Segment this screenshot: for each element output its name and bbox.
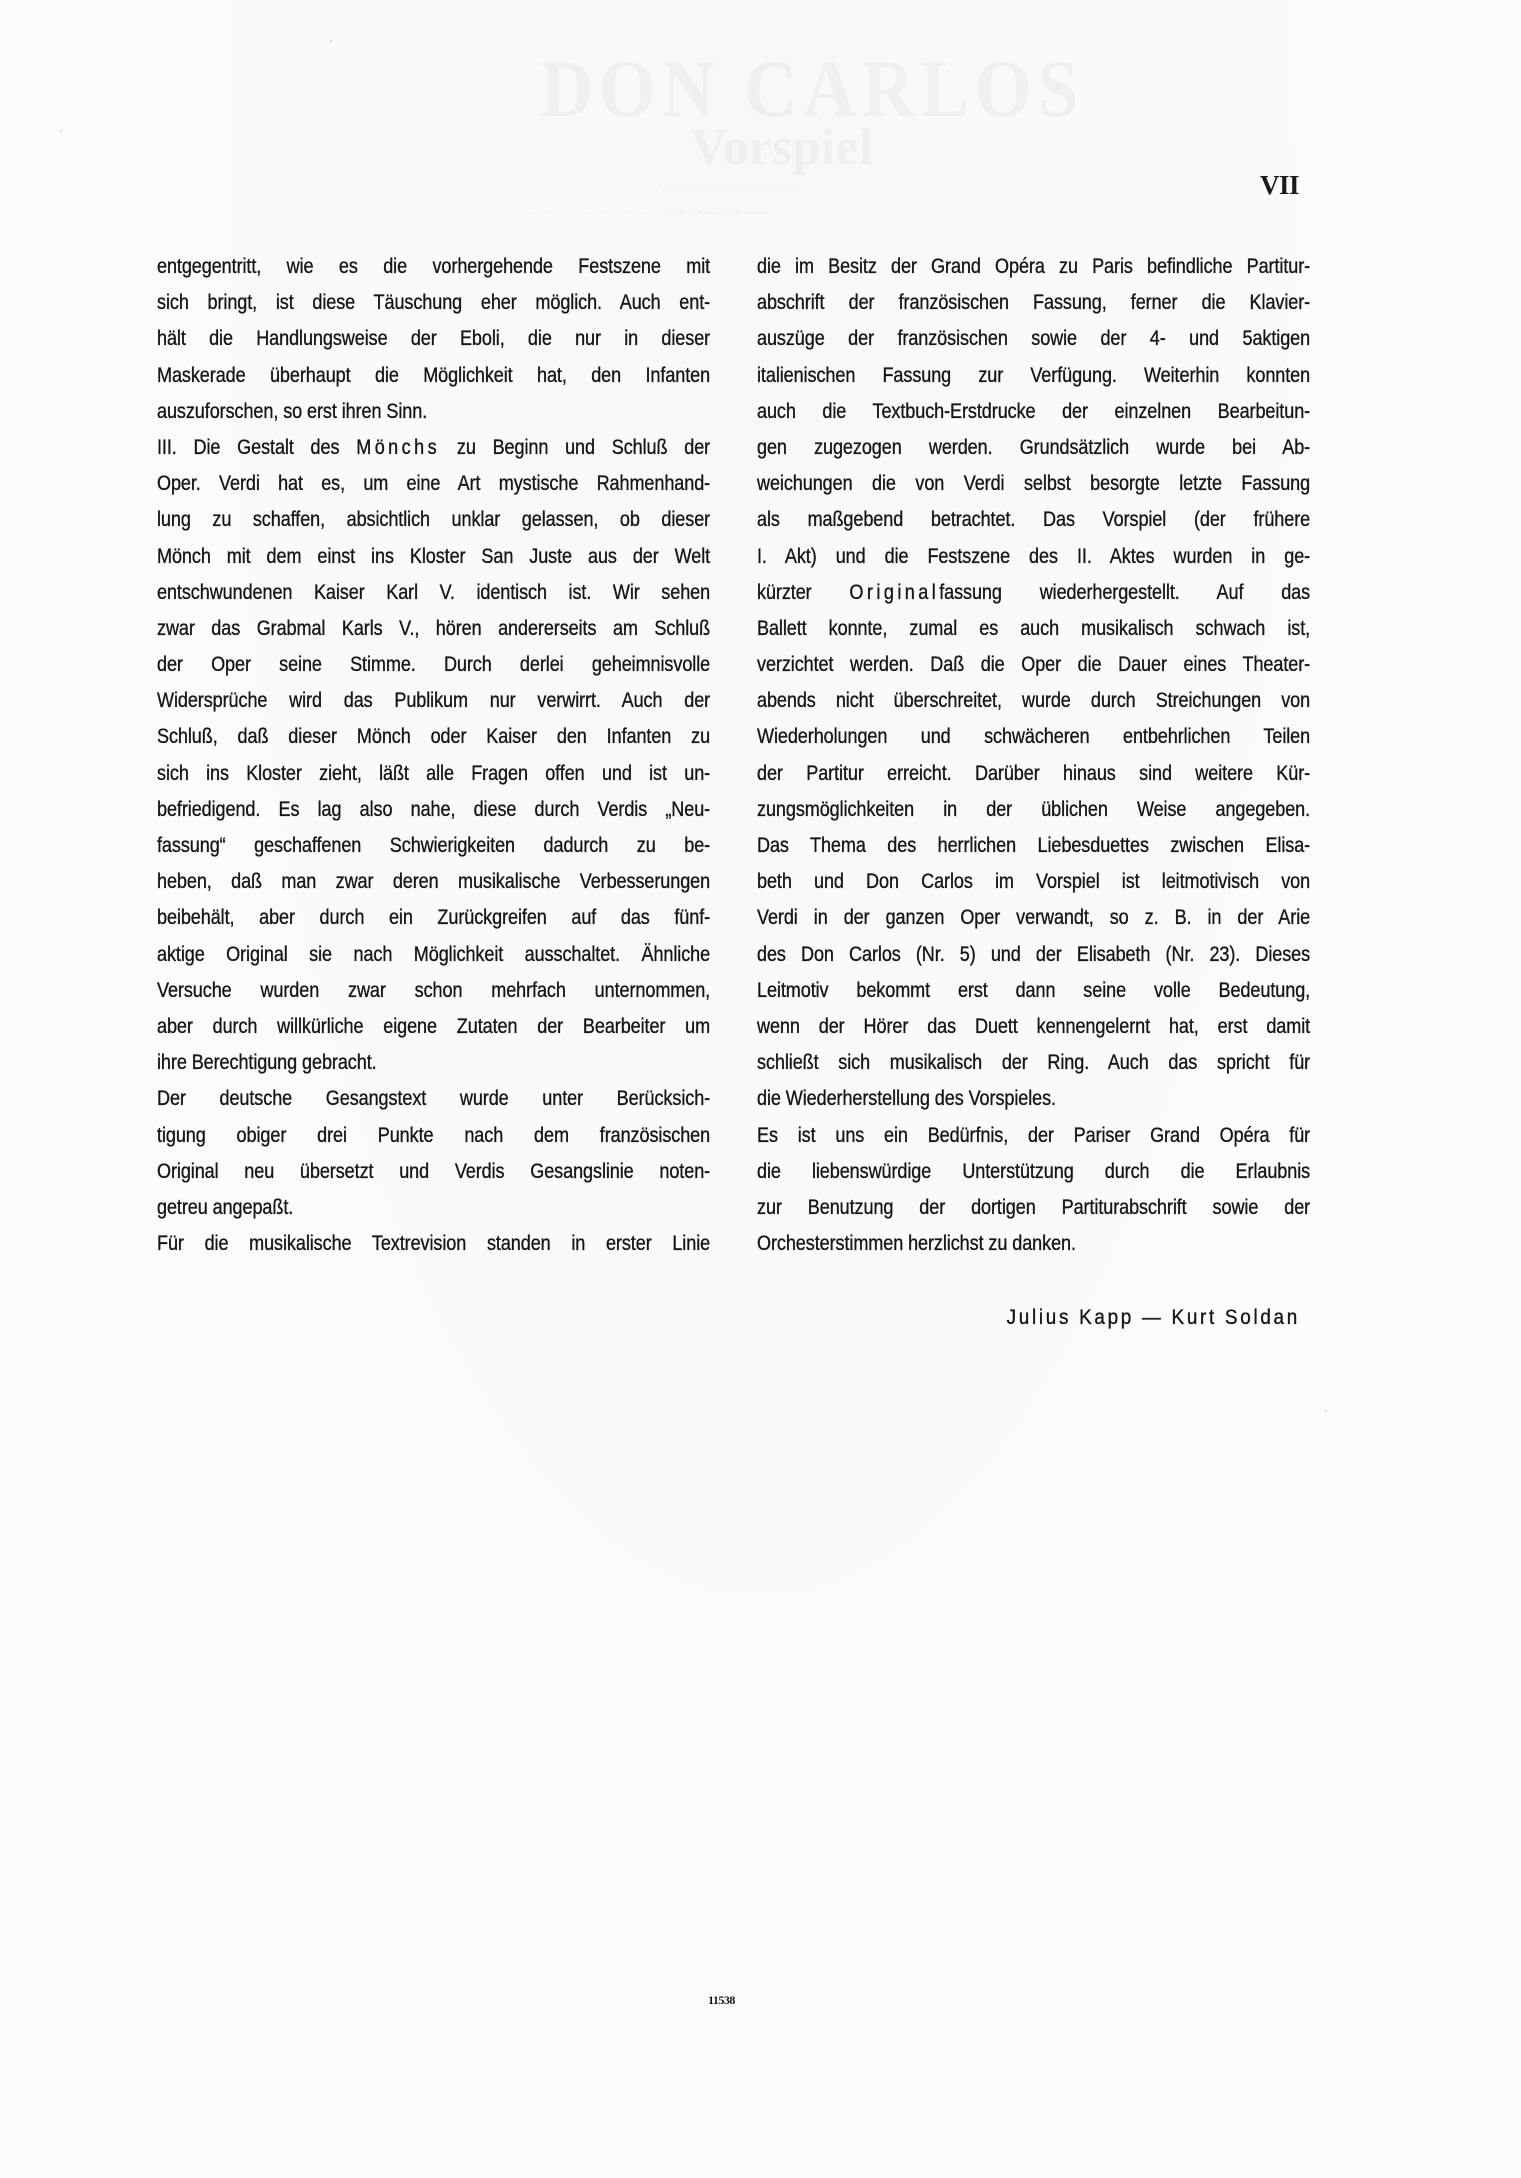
text-column-left: entgegentritt, wie es die vorhergehende … xyxy=(157,249,710,1262)
bleed-through-line: · · · · · · · · · · · · · · · · · · · · … xyxy=(520,205,768,223)
text-line: heben, daß man zwar deren musikalische V… xyxy=(157,864,710,900)
text-line: gen zugezogen werden. Grundsätzlich wurd… xyxy=(757,430,1310,466)
text-line: zwar das Grabmal Karls V., hören anderer… xyxy=(157,611,710,647)
text-line: tigung obiger drei Punkte nach dem franz… xyxy=(157,1118,710,1154)
text-line: weichungen die von Verdi selbst besorgte… xyxy=(757,466,1310,502)
text-line: entgegentritt, wie es die vorhergehende … xyxy=(157,249,710,285)
text-line: wenn der Hörer das Duett kennengelernt h… xyxy=(757,1009,1310,1045)
text-line: zur Benutzung der dortigen Partiturabsch… xyxy=(757,1190,1310,1226)
text-line: abends nicht überschreitet, wurde durch … xyxy=(757,683,1310,719)
text-line: zungsmöglichkeiten in der üblichen Weise… xyxy=(757,792,1310,828)
paper-speck xyxy=(330,40,332,42)
text-line: Leitmotiv bekommt erst dann seine volle … xyxy=(757,973,1310,1009)
text-column-right: die im Besitz der Grand Opéra zu Paris b… xyxy=(757,249,1310,1262)
text-line: Orchesterstimmen herzlichst zu danken. xyxy=(757,1226,1310,1262)
text-line: Für die musikalische Textrevision stande… xyxy=(157,1226,710,1262)
text-line: aktige Original sie nach Möglichkeit aus… xyxy=(157,937,710,973)
text-line: Wiederholungen und schwächeren entbehrli… xyxy=(757,719,1310,755)
text-line: schließt sich musikalisch der Ring. Auch… xyxy=(757,1045,1310,1081)
text-line: auszuforschen, so erst ihren Sinn. xyxy=(157,394,710,430)
text-line: III. Die Gestalt des Mönchs zu Beginn un… xyxy=(157,430,710,466)
text-line: als maßgebend betrachtet. Das Vorspiel (… xyxy=(757,502,1310,538)
text-line: hält die Handlungsweise der Eboli, die n… xyxy=(157,321,710,357)
plate-number: 11538 xyxy=(708,1993,735,2008)
document-page: DON CARLOS Vorspiel · · · · · · · · · · … xyxy=(0,0,1521,2178)
text-line: Original neu übersetzt und Verdis Gesang… xyxy=(157,1154,710,1190)
text-line: I. Akt) und die Festszene des II. Aktes … xyxy=(757,539,1310,575)
text-line: auszüge der französischen sowie der 4- u… xyxy=(757,321,1310,357)
text-line: die liebenswürdige Unterstützung durch d… xyxy=(757,1154,1310,1190)
text-line: Widersprüche wird das Publikum nur verwi… xyxy=(157,683,710,719)
text-line: fassung“ geschaffenen Schwierigkeiten da… xyxy=(157,828,710,864)
text-line: Schluß, daß dieser Mönch oder Kaiser den… xyxy=(157,719,710,755)
text-line: beibehält, aber durch ein Zurückgreifen … xyxy=(157,900,710,936)
text-line: lung zu schaffen, absichtlich unklar gel… xyxy=(157,502,710,538)
text-line: auch die Textbuch-Erstdrucke der einzeln… xyxy=(757,394,1310,430)
text-line: Der deutsche Gesangstext wurde unter Ber… xyxy=(157,1081,710,1117)
text-line: ihre Berechtigung gebracht. xyxy=(157,1045,710,1081)
emphasized-word: Mönchs xyxy=(356,436,440,459)
text-line: abschrift der französischen Fassung, fer… xyxy=(757,285,1310,321)
bleed-through-line: · · · · · · · · · · · · · · · · · xyxy=(640,178,795,196)
text-line: befriedigend. Es lag also nahe, diese du… xyxy=(157,792,710,828)
text-line: beth und Don Carlos im Vorspiel ist leit… xyxy=(757,864,1310,900)
emphasized-word: Original xyxy=(849,581,939,604)
text-line: der Partitur erreicht. Darüber hinaus si… xyxy=(757,756,1310,792)
text-line: kürzter Originalfassung wiederhergestell… xyxy=(757,575,1310,611)
bleed-through-subtitle: Vorspiel xyxy=(690,118,873,177)
text-line: des Don Carlos (Nr. 5) und der Elisabeth… xyxy=(757,937,1310,973)
text-line: sich bringt, ist diese Täuschung eher mö… xyxy=(157,285,710,321)
text-line: der Oper seine Stimme. Durch derlei gehe… xyxy=(157,647,710,683)
text-line: sich ins Kloster zieht, läßt alle Fragen… xyxy=(157,756,710,792)
text-line: getreu angepaßt. xyxy=(157,1190,710,1226)
text-line: aber durch willkürliche eigene Zutaten d… xyxy=(157,1009,710,1045)
text-line: Das Thema des herrlichen Liebesduettes z… xyxy=(757,828,1310,864)
text-line: entschwundenen Kaiser Karl V. identisch … xyxy=(157,575,710,611)
page-number: VII xyxy=(1260,170,1299,201)
text-line: Verdi in der ganzen Oper verwandt, so z.… xyxy=(757,900,1310,936)
text-line: die Wiederherstellung des Vorspieles. xyxy=(757,1081,1310,1117)
text-line: Mönch mit dem einst ins Kloster San Just… xyxy=(157,539,710,575)
text-line: verzichtet werden. Daß die Oper die Daue… xyxy=(757,647,1310,683)
text-line: Maskerade überhaupt die Möglichkeit hat,… xyxy=(157,358,710,394)
text-line: Es ist uns ein Bedürfnis, der Pariser Gr… xyxy=(757,1118,1310,1154)
text-line: italienischen Fassung zur Verfügung. Wei… xyxy=(757,358,1310,394)
signature: Julius Kapp — Kurt Soldan xyxy=(1007,1306,1300,1330)
paper-speck xyxy=(60,130,62,132)
text-line: Oper. Verdi hat es, um eine Art mystisch… xyxy=(157,466,710,502)
text-line: die im Besitz der Grand Opéra zu Paris b… xyxy=(757,249,1310,285)
text-line: Versuche wurden zwar schon mehrfach unte… xyxy=(157,973,710,1009)
text-line: Ballett konnte, zumal es auch musikalisc… xyxy=(757,611,1310,647)
paper-speck xyxy=(1325,1410,1327,1412)
